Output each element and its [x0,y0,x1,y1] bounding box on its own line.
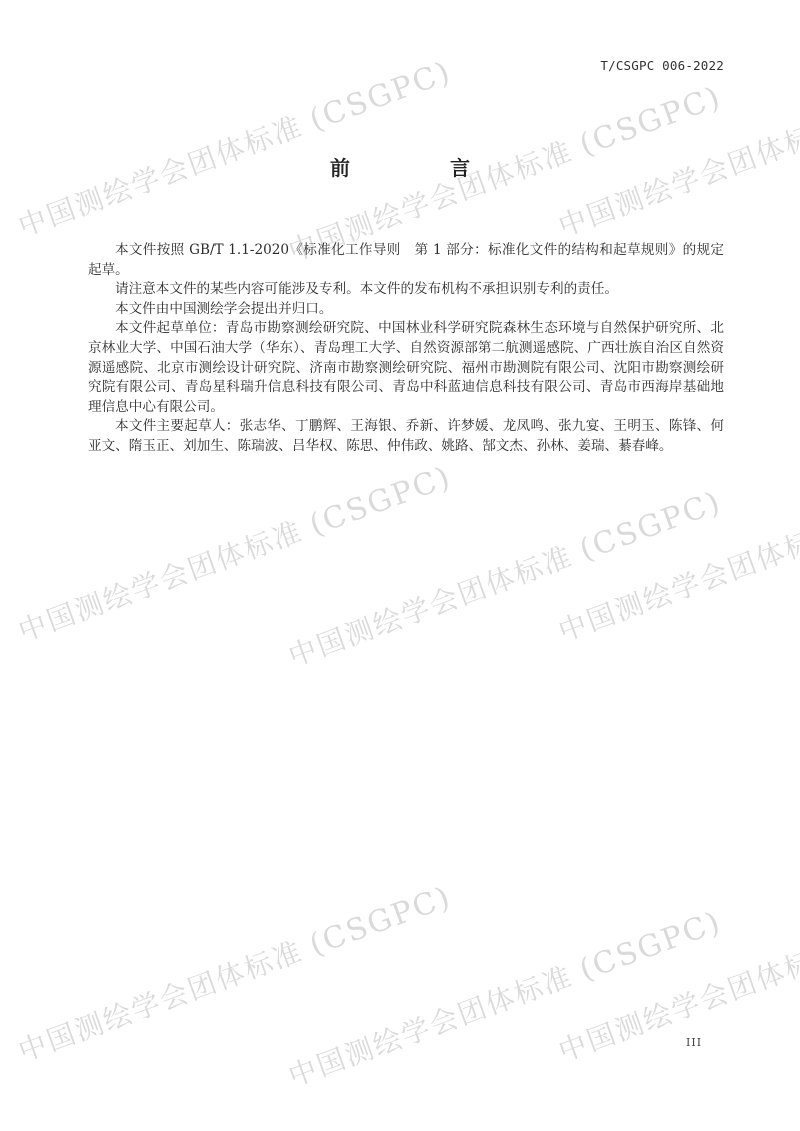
watermark-en: (CSGPC) [575,905,726,989]
watermark-en: (CSGPC) [305,460,456,544]
watermark: 中国测绘学会团体标准(CSGPC) [552,456,800,650]
watermark-cn: 中国测绘学会团体标准 [284,539,577,673]
watermark: 中国测绘学会团体标准(CSGPC) [282,901,726,1095]
watermark-en: (CSGPC) [305,880,456,964]
watermark: 中国测绘学会团体标准(CSGPC) [282,481,726,675]
watermark-cn: 中国测绘学会团体标准 [284,959,577,1093]
page-title: 前 言 [0,152,800,181]
watermark: 中国测绘学会团体标准(CSGPC) [552,51,800,245]
watermark-cn: 中国测绘学会团体标准 [554,934,800,1068]
watermark-en: (CSGPC) [305,55,456,139]
watermark: 中国测绘学会团体标准(CSGPC) [552,876,800,1070]
foreword-body: 本文件按照 GB/T 1.1-2020《标准化工作导则 第 1 部分：标准化文件… [88,241,724,457]
page-number: III [686,1036,702,1049]
paragraph-drafting-rules: 本文件按照 GB/T 1.1-2020《标准化工作导则 第 1 部分：标准化文件… [88,241,724,280]
watermark-cn: 中国测绘学会团体标准 [14,934,307,1068]
paragraph-proposer: 本文件由中国测绘学会提出并归口。 [88,300,724,320]
standard-code: T/CSGPC 006-2022 [600,58,724,73]
paragraph-drafting-units: 本文件起草单位：青岛市勘察测绘研究院、中国林业科学研究院森林生态环境与自然保护研… [88,319,724,417]
watermark-en: (CSGPC) [575,80,726,164]
watermark: 中国测绘学会团体标准(CSGPC) [12,456,456,650]
watermark-cn: 中国测绘学会团体标准 [554,514,800,648]
watermark: 中国测绘学会团体标准(CSGPC) [12,876,456,1070]
document-page: 中国测绘学会团体标准(CSGPC) 中国测绘学会团体标准(CSGPC) 中国测绘… [0,0,800,1131]
watermark-en: (CSGPC) [575,485,726,569]
watermark-cn: 中国测绘学会团体标准 [14,514,307,648]
paragraph-drafters: 本文件主要起草人：张志华、丁鹏辉、王海银、乔新、许梦媛、龙凤鸣、张九宴、王明玉、… [88,417,724,456]
watermark: 中国测绘学会团体标准(CSGPC) [12,51,456,245]
paragraph-patent-notice: 请注意本文件的某些内容可能涉及专利。本文件的发布机构不承担识别专利的责任。 [88,280,724,300]
